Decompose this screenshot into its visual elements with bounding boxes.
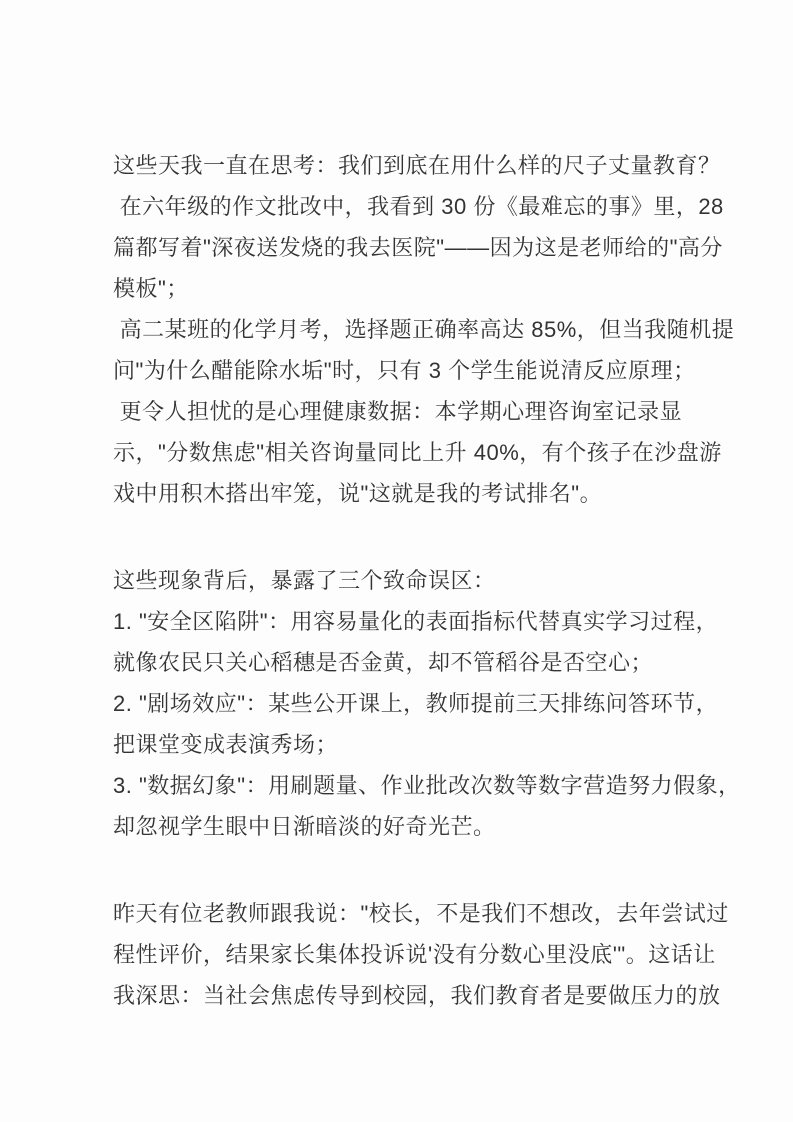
article-body: 这些天我一直在思考：我们到底在用什么样的尺子丈量教育？ 在六年级的作文批改中，我… xyxy=(113,145,773,1016)
paragraph-block-three-pitfalls: 这些现象背后，暴露了三个致命误区： 1. "安全区陷阱"：用容易量化的表面指标代… xyxy=(113,560,773,847)
document-page: 这些天我一直在思考：我们到底在用什么样的尺子丈量教育？ 在六年级的作文批改中，我… xyxy=(0,0,793,1122)
paragraph-block-observations: 这些天我一直在思考：我们到底在用什么样的尺子丈量教育？ 在六年级的作文批改中，我… xyxy=(113,145,773,514)
paragraph-block-teacher-quote: 昨天有位老教师跟我说："校长，不是我们不想改，去年尝试过 程性评价，结果家长集体… xyxy=(113,893,773,1016)
